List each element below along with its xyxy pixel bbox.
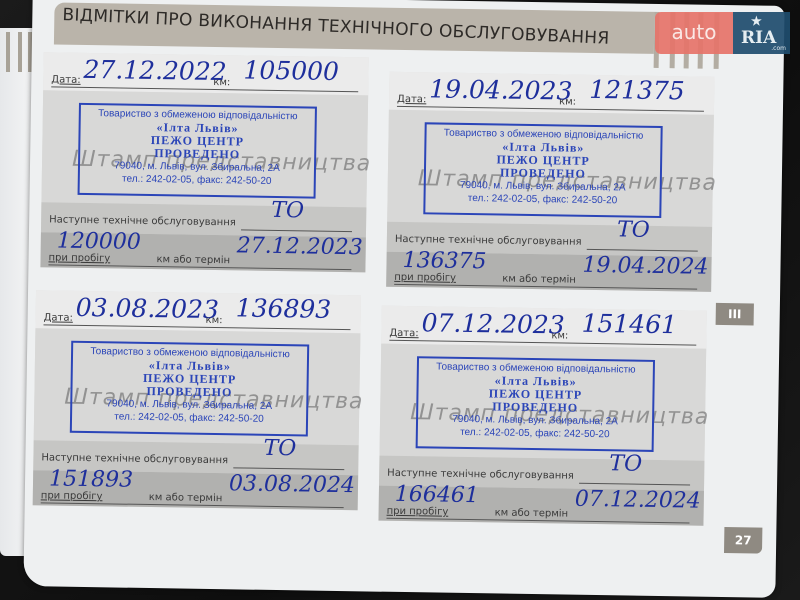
service-entry-2: Дата: 19.04.2023 км: 121375 Штамп предст… [386,72,714,292]
service-date: 19.04.2023 [429,74,573,105]
logo-ria: ★ RIA .com [733,12,790,54]
service-km: 136893 [236,293,332,323]
underline [241,229,352,232]
km-label: км: [551,330,568,341]
next-service-label: Наступне технічне обслуговування [41,452,228,466]
next-km: 166461 [395,482,479,508]
service-entry-4: Дата: 07.12.2023 км: 151461 Штамп предст… [378,306,706,526]
service-km: 121375 [589,75,685,105]
date-row: Дата: 07.12.2023 км: 151461 [381,306,707,349]
logo-auto: auto [655,12,733,54]
km-label: км: [559,96,576,107]
date-label: Дата: [44,312,73,323]
underline [587,249,698,252]
section-tab: III [716,303,754,326]
next-mileage-row: при пробігу 120000 км або термін 27.12.2… [40,232,366,272]
dealer-stamp: Товариство з обмеженою відповідальністю … [78,103,317,199]
dealer-stamp: Товариство з обмеженою відповідальністю … [423,122,662,218]
next-km: 151893 [49,466,133,492]
service-date: 07.12.2023 [421,308,565,339]
service-km: 105000 [243,55,339,85]
date-row: Дата: 03.08.2023 км: 136893 [35,290,361,333]
next-service-label: Наступне технічне обслуговування [49,214,236,228]
next-service-type: ТО [617,217,650,243]
autoria-watermark-logo: auto ★ RIA .com [655,12,790,54]
service-book-page: ВІДМІТКИ ПРО ВИКОНАННЯ ТЕХНІЧНОГО ОБСЛУГ… [23,0,784,598]
next-service-label: Наступне технічне обслуговування [395,234,582,248]
service-km: 151461 [581,309,677,339]
km-or-term-label: км або термін [156,254,230,266]
star-icon: ★ [751,14,762,28]
date-row: Дата: 27.12.2022 км: 105000 [43,52,369,95]
km-or-term-label: км або термін [495,507,569,519]
service-date: 03.08.2023 [76,293,220,324]
next-date: 07.12.2024 [575,487,701,514]
header-band: ВІДМІТКИ ПРО ВИКОНАННЯ ТЕХНІЧНОГО ОБСЛУГ… [54,2,655,53]
km-or-term-label: км або термін [149,492,223,504]
dealer-stamp: Товариство з обмеженою відповідальністю … [70,341,309,437]
service-date: 27.12.2022 [83,55,227,86]
next-date: 19.04.2024 [582,253,708,280]
service-entry-3: Дата: 03.08.2023 км: 136893 Штамп предст… [33,290,361,510]
decorative-stripes [4,32,34,72]
next-date: 03.08.2024 [229,471,355,498]
next-km: 136375 [402,248,486,274]
dealer-stamp: Товариство з обмеженою відповідальністю … [416,356,655,452]
next-service-type: ТО [263,436,296,462]
date-row: Дата: 19.04.2023 км: 121375 [389,72,715,115]
next-service-type: ТО [609,451,642,477]
next-mileage-row: при пробігу 166461 км або термін 07.12.2… [378,486,704,526]
date-label: Дата: [51,74,80,85]
service-entry-1: Дата: 27.12.2022 км: 105000 Штамп предст… [40,52,368,272]
next-service-label: Наступне технічне обслуговування [387,468,574,482]
date-label: Дата: [389,328,418,339]
underline [233,467,344,470]
km-or-term-label: км або термін [502,274,576,286]
next-mileage-row: при пробігу 151893 км або термін 03.08.2… [33,470,359,510]
next-date: 27.12.2023 [237,233,363,260]
km-label: км: [213,77,230,88]
underline [579,483,690,486]
page-number: 27 [724,527,762,554]
next-service-type: ТО [271,198,304,224]
next-mileage-row: при пробігу 136375 км або термін 19.04.2… [386,252,712,292]
date-label: Дата: [397,94,426,105]
next-km: 120000 [57,229,141,255]
page-title: ВІДМІТКИ ПРО ВИКОНАННЯ ТЕХНІЧНОГО ОБСЛУГ… [62,5,610,49]
km-label: км: [206,315,223,326]
